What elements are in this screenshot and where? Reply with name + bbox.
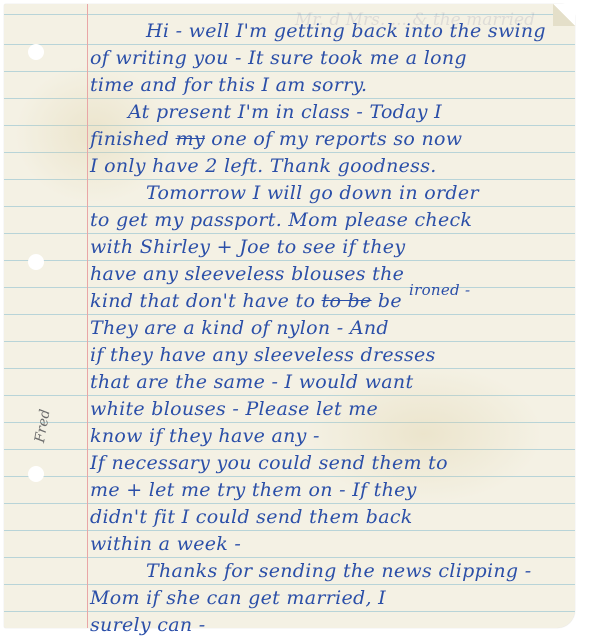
letter-body: Hi - well I'm getting back into the swin… [90, 18, 580, 636]
letter-line: white blouses - Please let me [90, 396, 580, 423]
letter-line: that are the same - I would want [90, 369, 580, 396]
letter-line: finished my one of my reports so now [90, 126, 580, 153]
letter-line: know if they have any - [90, 423, 580, 450]
letter-line: to get my passport. Mom please check [90, 207, 580, 234]
letter-line: of writing you - It sure took me a long [90, 45, 580, 72]
letter-line: Hi - well I'm getting back into the swin… [90, 18, 580, 45]
inserted-word: ironed - [404, 281, 470, 299]
letter-line: Tomorrow I will go down in order [90, 180, 580, 207]
letter-line: surely can - [90, 612, 580, 636]
punch-hole [28, 44, 44, 60]
letter-line: didn't fit I could send them back [90, 504, 580, 531]
struck-word: to be [322, 290, 372, 312]
letter-line: They are a kind of nylon - And [90, 315, 580, 342]
letter-line: kind that don't have to to be be ironed … [90, 288, 580, 315]
letter-line: me + let me try them on - If they [90, 477, 580, 504]
letter-line: time and for this I am sorry. [90, 72, 580, 99]
letter-line: Mom if she can get married, I [90, 585, 580, 612]
letter-line: Thanks for sending the news clipping - [90, 558, 580, 585]
letter-line: within a week - [90, 531, 580, 558]
letter-line: have any sleeveless blouses the [90, 261, 580, 288]
letter-line: with Shirley + Joe to see if they [90, 234, 580, 261]
letter-line: if they have any sleeveless dresses [90, 342, 580, 369]
letter-line: I only have 2 left. Thank goodness. [90, 153, 580, 180]
margin-note: Fred [32, 408, 54, 444]
letter-line: At present I'm in class - Today I [90, 99, 580, 126]
punch-hole [28, 466, 44, 482]
struck-word: my [176, 128, 205, 150]
letter-line: If necessary you could send them to [90, 450, 580, 477]
margin-rule [87, 4, 88, 628]
letter-page: Mr. d Mrs. ... & the married Fred Hi - w… [4, 4, 575, 628]
punch-hole [28, 254, 44, 270]
